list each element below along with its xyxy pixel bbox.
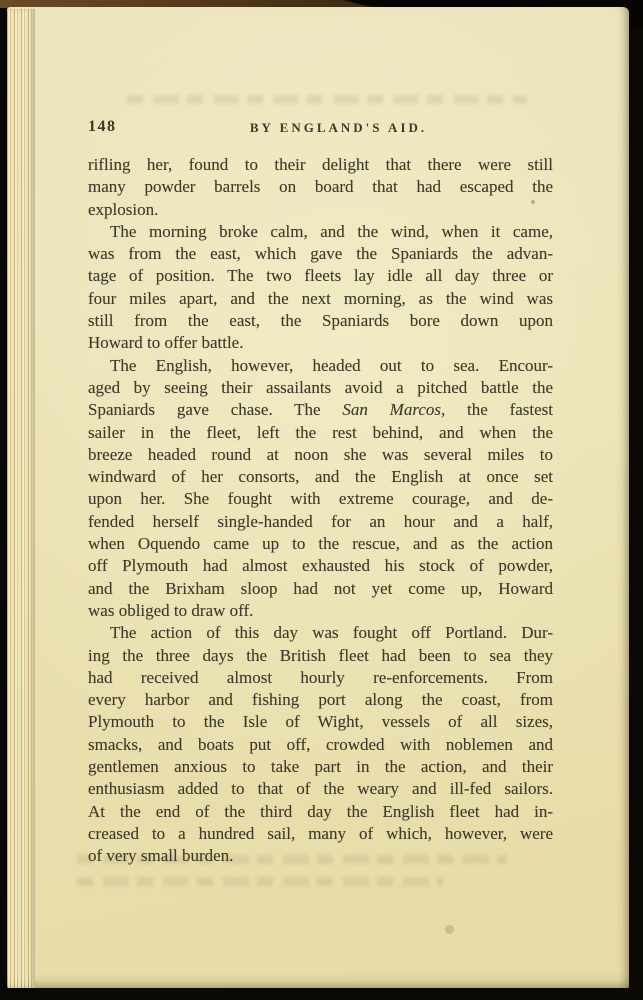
text-line: four miles apart, and the next morning, … [88, 288, 553, 310]
text-line: breeze headed round at noon she was seve… [88, 444, 553, 466]
page-header: 148 BY ENGLAND'S AID. [88, 116, 553, 138]
text-line: ing the three days the British fleet had… [88, 645, 553, 667]
running-header: BY ENGLAND'S AID. [106, 120, 571, 136]
paragraph: rifling her, found to their delight that… [88, 154, 553, 221]
scanned-book-page: 148 BY ENGLAND'S AID. rifling her, found… [0, 0, 643, 1000]
text-line: off Plymouth had almost exhausted his st… [88, 555, 553, 577]
text-line: was from the east, which gave the Spania… [88, 243, 553, 265]
text-line: rifling her, found to their delight that… [88, 154, 553, 176]
text-line: tage of position. The two fleets lay idl… [88, 265, 553, 287]
text-line: The action of this day was fought off Po… [88, 622, 553, 644]
text-line: enthusiasm added to that of the weary an… [88, 778, 553, 800]
text-line: Spaniards gave chase. The San Marcos, th… [88, 399, 553, 421]
text-line: smacks, and boats put off, crowded with … [88, 734, 553, 756]
text-line: and the Brixham sloop had not yet come u… [88, 578, 553, 600]
text-line: The English, however, headed out to sea.… [88, 355, 553, 377]
text-line: At the end of the third day the English … [88, 801, 553, 823]
text-line: explosion. [88, 199, 553, 221]
page-edge-stack [7, 9, 35, 988]
book-page: 148 BY ENGLAND'S AID. rifling her, found… [7, 7, 629, 988]
text-line: upon her. She fought with extreme courag… [88, 488, 553, 510]
text-line: of very small burden. [88, 845, 553, 867]
text-line: sailer in the fleet, left the rest behin… [88, 422, 553, 444]
text-line: was obliged to draw off. [88, 600, 553, 622]
paragraph: The morning broke calm, and the wind, wh… [88, 221, 553, 355]
text-line: every harbor and fishing port along the … [88, 689, 553, 711]
text-line: had received almost hourly re-enforcemen… [88, 667, 553, 689]
text-line: Howard to offer battle. [88, 332, 553, 354]
text-line: when Oquendo came up to the rescue, and … [88, 533, 553, 555]
text-line: The morning broke calm, and the wind, wh… [88, 221, 553, 243]
text-line: gentlemen anxious to take part in the ac… [88, 756, 553, 778]
paragraph: The English, however, headed out to sea.… [88, 355, 553, 623]
paragraph: The action of this day was fought off Po… [88, 622, 553, 867]
show-through-ghost-top [127, 95, 527, 117]
paper-speck [445, 925, 454, 934]
text-line: still from the east, the Spaniards bore … [88, 310, 553, 332]
text-line: creased to a hundred sail, many of which… [88, 823, 553, 845]
text-line: fended herself single-handed for an hour… [88, 511, 553, 533]
text-line: windward of her consorts, and the Englis… [88, 466, 553, 488]
text-line: aged by seeing their assailants avoid a … [88, 377, 553, 399]
text-line: Plymouth to the Isle of Wight, vessels o… [88, 711, 553, 733]
text-line: many powder barrels on board that had es… [88, 176, 553, 198]
text-block: rifling her, found to their delight that… [88, 154, 553, 868]
